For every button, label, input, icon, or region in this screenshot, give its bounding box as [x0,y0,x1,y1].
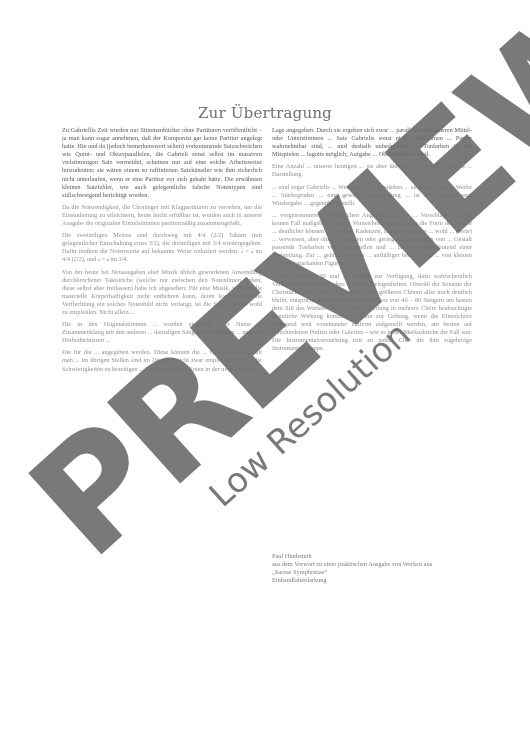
author-name: Paul Hindemith [272,553,482,561]
source-line: aus dem Vorwort zu einer praktischen Aus… [272,561,482,569]
paragraph: Da die Notwendigkeit, die Choränger mit … [62,204,262,228]
work-title: „Sacrae Symphoniae“ [272,569,482,577]
source-note: Einbandfaltenlarkung [272,577,482,585]
document-page: Zur Übertragung Zu Gabriellis Zeit wurde… [0,0,530,750]
paragraph: Zu Gabriellis Zeit wurden nur Stimmenbüc… [62,127,262,200]
signature-block: Paul Hindemith aus dem Vorwort zu einer … [272,553,482,585]
